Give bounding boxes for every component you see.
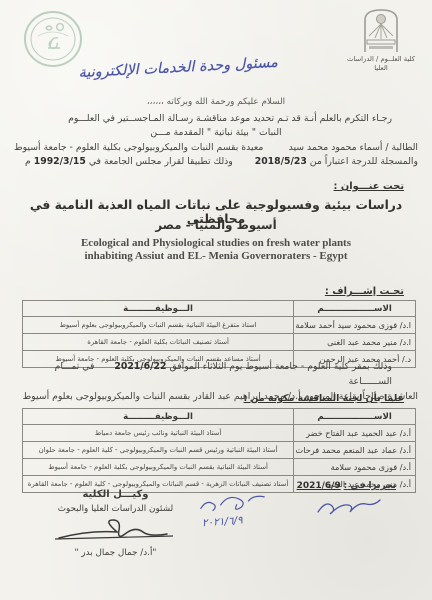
- committee-member-name: أ.د/ عماد عبد المنعم محمد فرحات: [294, 442, 416, 459]
- committee-label: علما بأن لجنة المناقشة مكونة من :: [243, 393, 404, 404]
- registration-text-mid: وذلك تطبيقا لقرار مجلس الجامعة في: [89, 156, 233, 167]
- issued-date: 2021/6/9: [297, 481, 341, 491]
- council-date: 1992/3/15: [34, 156, 86, 167]
- thesis-title-en-line2: inhabiting Assiut and EL- Menia Governor…: [0, 250, 432, 264]
- signature-vice-dean-icon: [51, 516, 181, 546]
- student-line: الطالبة / أسماء محمود محمد سيد معيدة بقس…: [14, 141, 418, 155]
- university-logo-icon: [359, 6, 403, 54]
- faculty-round-stamp-icon: [20, 8, 86, 72]
- student-name: الطالبة / أسماء محمود محمد سيد: [289, 141, 418, 155]
- registration-date: 2018/5/23: [255, 156, 307, 167]
- header-name: الاســـــــــــــــــم: [294, 301, 416, 317]
- registration-text-pre: والمسجلة للدرجة اعتباراً من: [310, 156, 418, 167]
- signature-clerk-icon: [194, 489, 273, 516]
- supervision-label: تحـت إشـــراف :: [325, 286, 404, 297]
- vice-dean-title-line1: وكيـــل الكلية: [28, 489, 203, 500]
- intro-paragraph: رجـاء التكرم بالعلم أنـة قد تـم تحديد مو…: [14, 112, 418, 170]
- table-row: ا.د/ منير محمد عبد الغنى أستاذ تصنيف الن…: [23, 334, 416, 351]
- table-header-row: الاســـــــــــــــــم الـــوظيفــــــــ…: [23, 301, 416, 317]
- intro-line2: النبات " بيئة نباتية " المقدمة مـــن: [14, 126, 418, 140]
- venue-line1: وذلك بمقر كلية العلوم - جامعة أسيوط يوم …: [14, 360, 418, 390]
- supervisor-name: ا.د/ منير محمد عبد الغنى: [294, 334, 416, 351]
- committee-member-position: أستاذ البيئة النباتية بقسم النبات والميك…: [23, 459, 294, 476]
- table-header-row: الاســـــــــــــــــم الـــوظيفــــــــ…: [23, 409, 416, 425]
- vice-dean-block: وكيـــل الكلية لشئون الدراسات العليا وال…: [28, 489, 203, 558]
- header-position: الـــوظيفـــــــــة: [23, 409, 294, 425]
- registration-line: والمسجلة للدرجة اعتباراً من 2018/5/23 وذ…: [14, 155, 418, 169]
- header-position: الـــوظيفـــــــــة: [23, 301, 294, 317]
- committee-member-name: أ.د/ فوزى محمود سلامة: [294, 459, 416, 476]
- committee-member-position: أستاذ البيئة النباتية ورئيس قسم النبات و…: [23, 442, 294, 459]
- venue-text-pre: وذلك بمقر كلية العلوم - جامعة أسيوط يوم …: [169, 361, 392, 372]
- table-row: أ.د/ فوزى محمود سلامة أستاذ البيئة النبا…: [23, 459, 416, 476]
- intro-line1: رجـاء التكرم بالعلم أنـة قد تـم تحديد مو…: [14, 112, 418, 126]
- header-name: الاســـــــــــــــــم: [294, 409, 416, 425]
- thesis-title-en-line1: Ecological and Physiological studies on …: [0, 237, 432, 251]
- handwritten-annotation: ٢٠٢١/٦/٩: [194, 489, 274, 529]
- supervisors-table: الاســـــــــــــــــم الـــوظيفــــــــ…: [22, 300, 416, 368]
- signature-issuer-icon: [314, 494, 384, 524]
- vice-dean-name: "أ.د/ جمال جمال بدر ": [28, 548, 203, 558]
- student-role: معيدة بقسم النبات والميكروبيولوجى بكلية …: [14, 141, 263, 155]
- vice-dean-title-line2: لشئون الدراسات العليا والبحوث: [28, 504, 203, 514]
- table-row: ا.د/ فوزى محمود سيد أحمد سلامة استاذ متف…: [23, 317, 416, 334]
- committee-member-name: أ.د/ عبد الحميد عبد الفتاح خضر: [294, 425, 416, 442]
- supervisor-name: ا.د/ فوزى محمود سيد أحمد سلامة: [294, 317, 416, 334]
- supervisor-position: أستاذ تصنيف النباتات بكلية العلوم - جامع…: [23, 334, 294, 351]
- table-row: أ.د/ عبد الحميد عبد الفتاح خضر أستاذ الب…: [23, 425, 416, 442]
- thesis-title-ar-line2: أسيوط والمنيا - مصر: [0, 218, 432, 232]
- table-row: أ.د/ عماد عبد المنعم محمد فرحات أستاذ ال…: [23, 442, 416, 459]
- under-title-label: تحت عنـــوان :: [334, 181, 404, 192]
- registration-text-post: م: [25, 156, 31, 167]
- defense-date: 2021/6/22: [114, 361, 166, 372]
- university-logo: كلية العلــوم / الدراسات العليا: [346, 6, 416, 73]
- supervisor-position: استاذ متفرغ البيئة النباتية بقسم النبات …: [23, 317, 294, 334]
- issued-line: تحريرا في : 2021/6/9: [297, 481, 396, 491]
- scanned-letter: كلية العلــوم / الدراسات العليا مسئول وح…: [0, 0, 432, 600]
- logo-caption-line1: كلية العلــوم / الدراسات: [346, 55, 416, 64]
- logo-caption-line2: العليا: [346, 64, 416, 73]
- committee-member-position: أستاذ البيئة النباتية ونائب رئيس جامعة د…: [23, 425, 294, 442]
- handwritten-routing-note: مسئول وحدة الخدمات الإلكترونية: [78, 55, 279, 81]
- greeting-line: السلام عليكم ورحمة الله وبركاته ،،،،،،: [0, 97, 432, 107]
- issued-label: تحريرا في :: [344, 481, 396, 491]
